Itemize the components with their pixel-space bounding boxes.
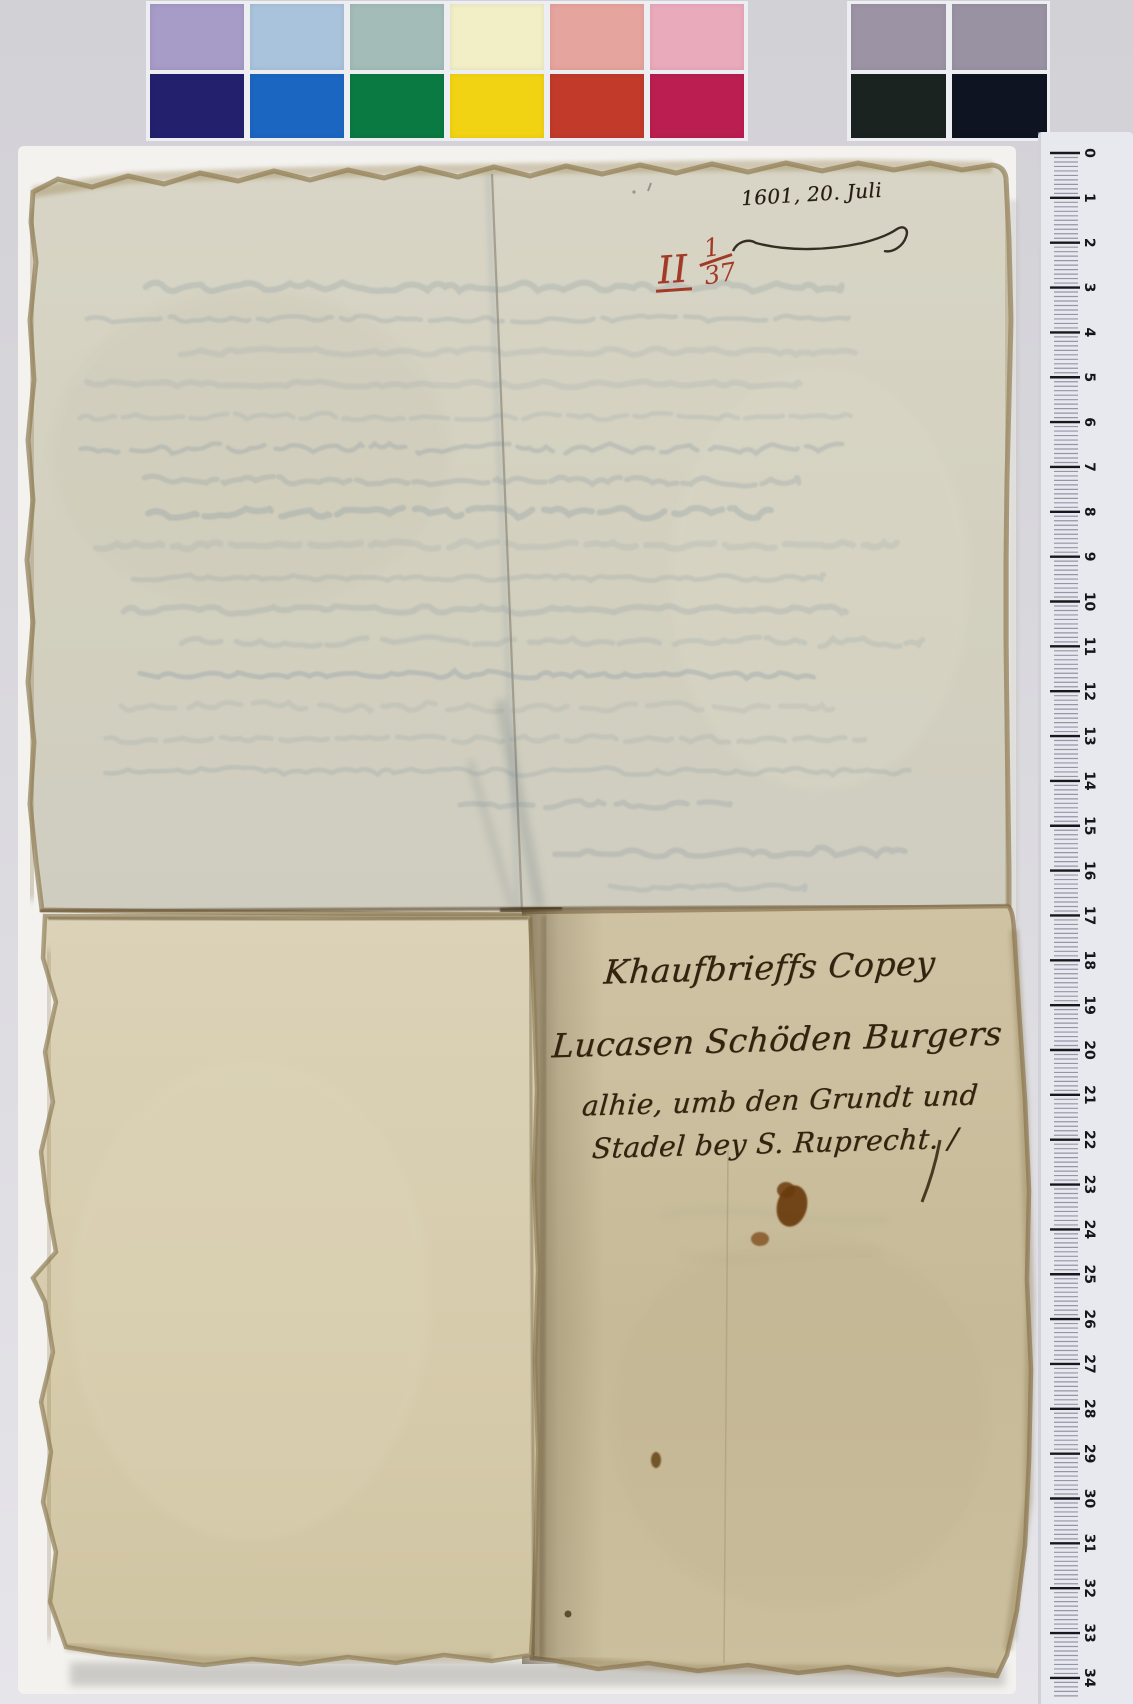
ruler-label: 29 — [1081, 1444, 1097, 1463]
ruler-label: 2 — [1081, 238, 1097, 248]
ruler-label: 9 — [1081, 552, 1097, 562]
ruler-label: 27 — [1081, 1354, 1097, 1373]
ruler-label: 12 — [1081, 681, 1097, 700]
ruler-label: 14 — [1081, 771, 1097, 791]
ruler-label: 3 — [1081, 283, 1097, 293]
ruler-label: 33 — [1081, 1623, 1097, 1642]
ruler-label: 19 — [1081, 995, 1097, 1014]
ruler-label: 28 — [1081, 1399, 1097, 1418]
ruler-label: 21 — [1081, 1085, 1097, 1104]
ruler-label: 23 — [1081, 1175, 1097, 1194]
ruler-label: 18 — [1081, 951, 1097, 970]
ruler-label: 31 — [1081, 1534, 1097, 1553]
ruler-label: 26 — [1081, 1309, 1097, 1328]
ruler-label: 34 — [1081, 1668, 1097, 1688]
archival-shelfmark: II137 — [653, 247, 736, 302]
ruler-label: 17 — [1081, 906, 1097, 925]
ruler-label: 16 — [1081, 861, 1097, 880]
ruler-label: 8 — [1081, 507, 1097, 517]
ruler-label: 22 — [1081, 1130, 1097, 1149]
archival-photograph: 1601, 20. Juli II137 Khaufbrieffs Copey … — [0, 0, 1133, 1704]
ruler-label: 25 — [1081, 1265, 1097, 1284]
ruler-label: 11 — [1081, 637, 1097, 656]
ruler-label: 4 — [1081, 328, 1097, 338]
manuscript-document — [0, 0, 1133, 1704]
ruler: 0123456789101112131415161718192021222324… — [1030, 0, 1133, 1704]
ruler-label: 15 — [1081, 816, 1097, 835]
ruler-label: 30 — [1081, 1489, 1097, 1509]
ruler-label: 7 — [1081, 462, 1097, 472]
ruler-label: 5 — [1081, 372, 1097, 382]
ruler-label: 6 — [1081, 417, 1097, 427]
ruler-label: 13 — [1081, 726, 1097, 745]
ruler-label: 32 — [1081, 1578, 1097, 1597]
ruler-label: 20 — [1081, 1040, 1097, 1060]
ruler-label: 0 — [1081, 148, 1097, 158]
ruler-label: 24 — [1081, 1220, 1097, 1240]
shelfmark-roman-numeral: II — [653, 250, 692, 293]
ruler-label: 10 — [1081, 592, 1097, 612]
ruler-label: 1 — [1081, 193, 1097, 203]
